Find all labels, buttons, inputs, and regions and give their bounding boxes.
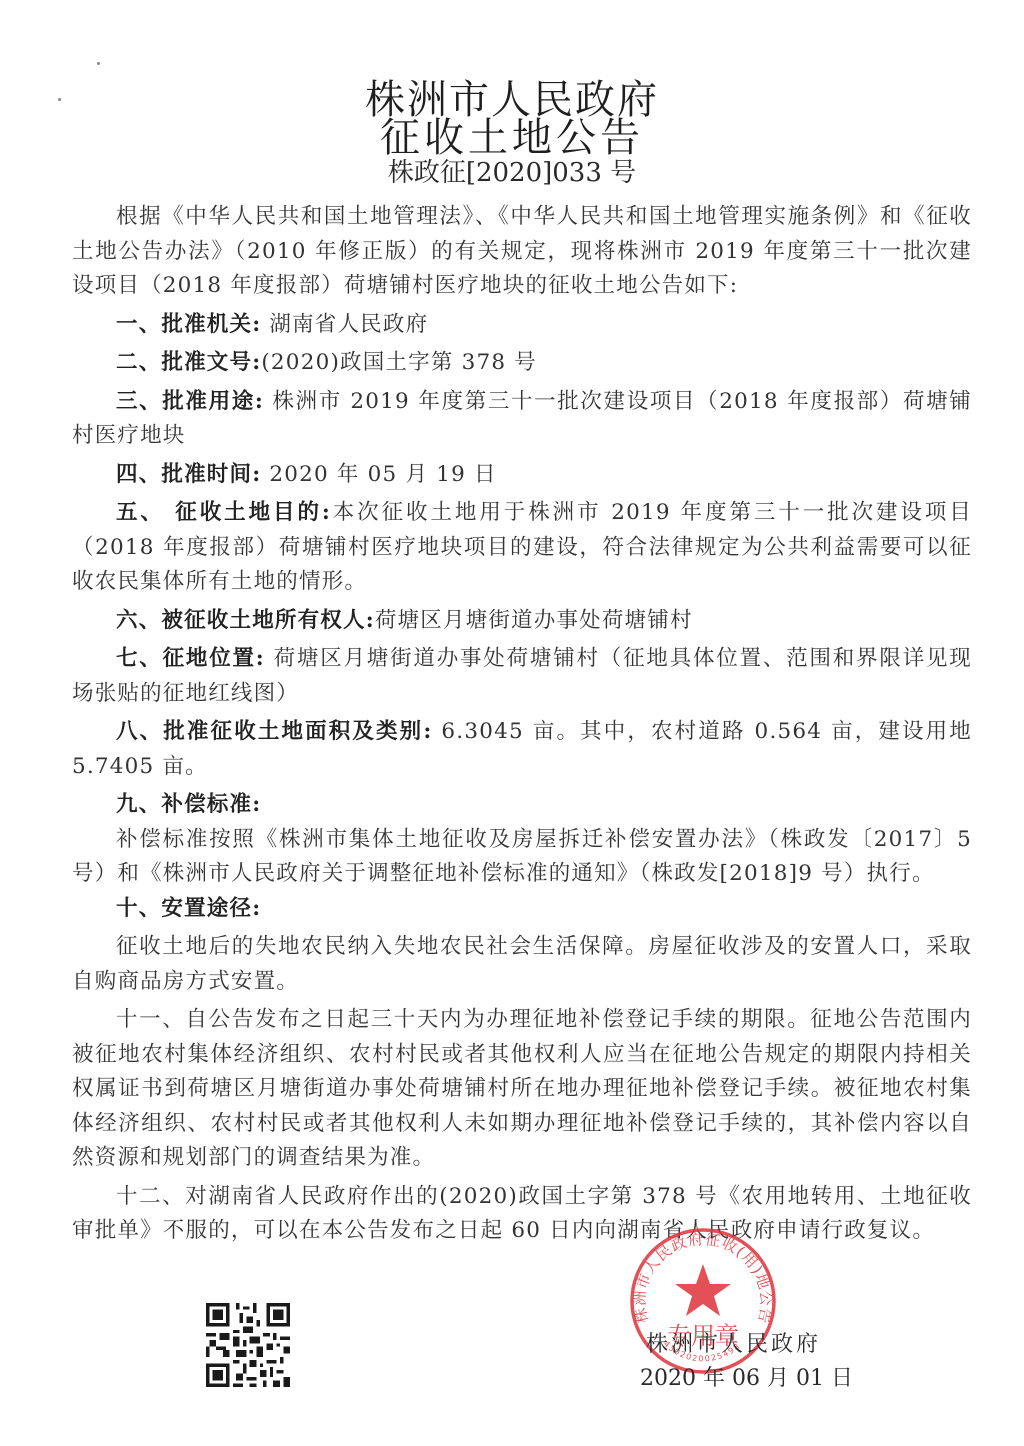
document-title-line2: 征收土地公告	[0, 116, 1024, 160]
item-registration-period: 十一、自公告发布之日起三十天内为办理征地补偿登记手续的期限。征地公告范围内被征地…	[72, 1003, 972, 1176]
intro-paragraph: 根据《中华人民共和国土地管理法》、《中华人民共和国土地管理实施条例》和《征收土地…	[72, 200, 972, 304]
item-approval-number: 二、批准文号:(2020)政国土字第 378 号	[72, 346, 972, 381]
item-approval-authority: 一、批准机关: 湖南省人民政府	[72, 308, 972, 343]
item-resettlement-text: 征收土地后的失地农民纳入失地农民社会生活保障。房屋征收涉及的安置人口，采取自购商…	[72, 930, 972, 999]
issue-date: 2020 年 06 月 01 日	[640, 1362, 880, 1396]
item-land-owner: 六、被征收土地所有权人:荷塘区月塘街道办事处荷塘铺村	[72, 604, 972, 639]
document-number: 株政征[2020]033 号	[0, 158, 1024, 188]
signature-block: 株洲市人民政府 2020 年 06 月 01 日	[640, 1328, 880, 1396]
item-compensation-heading: 九、补偿标准:	[72, 788, 972, 823]
item-resettlement-heading: 十、安置途径:	[72, 892, 972, 927]
document-page: 株洲市人民政府 征收土地公告 株政征[2020]033 号 根据《中华人民共和国…	[0, 0, 1024, 1446]
item-appeal: 十二、对湖南省人民政府作出的(2020)政国土字第 378 号《农用地转用、土地…	[72, 1180, 972, 1249]
document-body: 根据《中华人民共和国土地管理法》、《中华人民共和国土地管理实施条例》和《征收土地…	[72, 200, 972, 1249]
item-approval-date: 四、批准时间: 2020 年 05 月 19 日	[72, 458, 972, 493]
item-area: 八、批准征收土地面积及类别: 6.3045 亩。其中，农村道路 0.564 亩，…	[72, 715, 972, 784]
issuer-name: 株洲市人民政府	[640, 1328, 880, 1362]
item-compensation-text: 补偿标准按照《株洲市集体土地征收及房屋拆迁补偿安置办法》（株政发〔2017〕5 …	[72, 823, 972, 892]
item-expropriation-purpose: 五、 征收土地目的:本次征收土地用于株洲市 2019 年度第三十一批次建设项目（…	[72, 496, 972, 600]
qr-code-icon[interactable]	[206, 1303, 290, 1387]
item-location: 七、征地位置: 荷塘区月塘街道办事处荷塘铺村（征地具体位置、范围和界限详见现场张…	[72, 642, 972, 711]
item-approval-purpose: 三、批准用途: 株洲市 2019 年度第三十一批次建设项目（2018 年度报部）…	[72, 385, 972, 454]
scan-speck	[97, 62, 100, 65]
